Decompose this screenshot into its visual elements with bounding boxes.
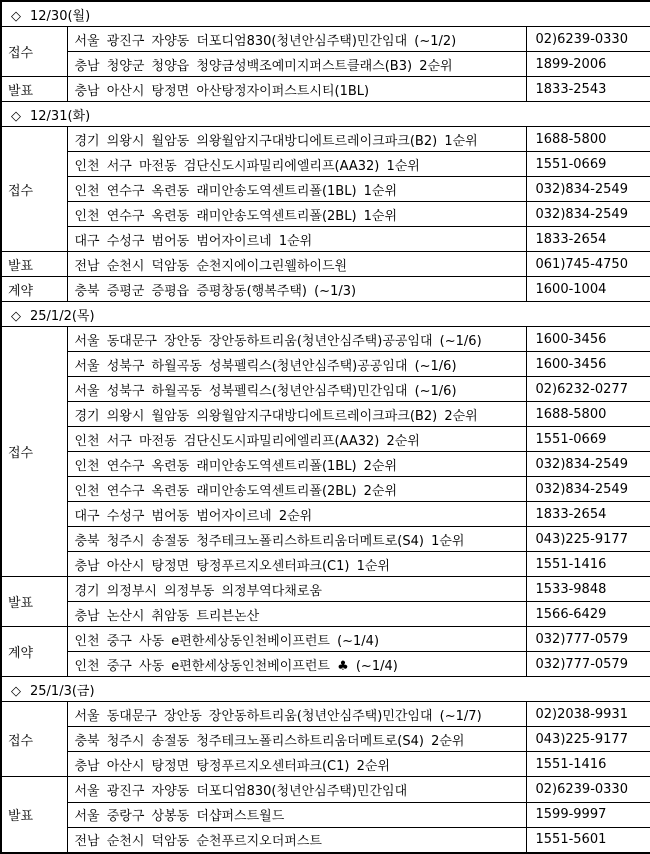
section-header-row: ◇12/30(월) <box>1 1 650 27</box>
table-row: 충남 논산시 취암동 트리븐논산1566-6429 <box>1 602 650 627</box>
category-cell: 발표 <box>1 577 67 627</box>
table-row: 인천 연수구 옥련동 래미안송도역센트리폴(1BL) 2순위032)834-25… <box>1 452 650 477</box>
listing-description: 전남 순천시 덕암동 순천푸르지오더퍼스트 <box>67 827 526 853</box>
listing-description: 서울 동대문구 장안동 장안동하트리움(청년안심주택)민간임대 (~1/7) <box>67 702 526 727</box>
listing-description: 서울 성북구 하월곡동 성북펠릭스(청년안심주택)민간임대 (~1/6) <box>67 377 526 402</box>
table-row: 발표서울 광진구 자양동 더포디엄830(청년안심주택)민간임대02)6239-… <box>1 777 650 802</box>
listing-phone: 1600-3456 <box>526 327 650 352</box>
listing-description: 경기 의왕시 월암동 의왕월암지구대방디에트르레이크파크(B2) 1순위 <box>67 127 526 152</box>
table-row: 접수서울 광진구 자양동 더포디엄830(청년안심주택)민간임대 (~1/2)0… <box>1 27 650 52</box>
listing-phone: 032)777-0579 <box>526 627 650 652</box>
listing-phone: 043)225-9177 <box>526 527 650 552</box>
section-date-label: 25/1/2(목) <box>30 309 95 324</box>
listing-description: 인천 서구 마전동 검단신도시파밀리에엘리프(AA32) 2순위 <box>67 427 526 452</box>
listing-description: 서울 중랑구 상봉동 더샵퍼스트월드 <box>67 802 526 827</box>
listing-description: 인천 연수구 옥련동 래미안송도역센트리폴(1BL) 1순위 <box>67 177 526 202</box>
section-date-cell: ◇25/1/3(금) <box>1 677 650 702</box>
table-row: 인천 연수구 옥련동 래미안송도역센트리폴(2BL) 2순위032)834-25… <box>1 477 650 502</box>
listing-description: 서울 성북구 하월곡동 성북펠릭스(청년안심주택)공공임대 (~1/6) <box>67 352 526 377</box>
listing-description: 충북 청주시 송절동 청주테크노폴리스하트리움더메트로(S4) 1순위 <box>67 527 526 552</box>
table-row: 인천 서구 마전동 검단신도시파밀리에엘리프(AA32) 2순위1551-066… <box>1 427 650 452</box>
listing-description: 서울 광진구 자양동 더포디엄830(청년안심주택)민간임대 (~1/2) <box>67 27 526 52</box>
listing-phone: 1688-5800 <box>526 402 650 427</box>
listing-phone: 1600-3456 <box>526 352 650 377</box>
table-row: 충남 청양군 청양읍 청양금성백조예미지퍼스트클래스(B3) 2순위1899-2… <box>1 52 650 77</box>
listing-phone: 1551-5601 <box>526 827 650 853</box>
listing-description: 인천 연수구 옥련동 래미안송도역센트리폴(1BL) 2순위 <box>67 452 526 477</box>
listing-description: 충남 아산시 탕정면 아산탕정자이퍼스트시티(1BL) <box>67 77 526 102</box>
listing-description: 인천 중구 사동 e편한세상동인천베이프런트 (~1/4) <box>67 627 526 652</box>
listing-description: 서울 광진구 자양동 더포디엄830(청년안심주택)민간임대 <box>67 777 526 802</box>
table-row: 경기 의왕시 월암동 의왕월암지구대방디에트르레이크파크(B2) 2순위1688… <box>1 402 650 427</box>
listing-phone: 1551-0669 <box>526 152 650 177</box>
table-row: 전남 순천시 덕암동 순천푸르지오더퍼스트1551-5601 <box>1 827 650 853</box>
section-header-row: ◇12/31(화) <box>1 102 650 127</box>
listing-phone: 032)834-2549 <box>526 477 650 502</box>
table-row: 대구 수성구 범어동 범어자이르네 2순위1833-2654 <box>1 502 650 527</box>
listing-phone: 043)225-9177 <box>526 727 650 752</box>
listing-phone: 1688-5800 <box>526 127 650 152</box>
section-date-label: 12/31(화) <box>30 109 90 124</box>
listing-phone: 1899-2006 <box>526 52 650 77</box>
listing-phone: 1599-9997 <box>526 802 650 827</box>
listing-phone: 1833-2654 <box>526 502 650 527</box>
table-row: 인천 연수구 옥련동 래미안송도역센트리폴(1BL) 1순위032)834-25… <box>1 177 650 202</box>
listing-phone: 1551-1416 <box>526 552 650 577</box>
listing-description: 인천 중구 사동 e편한세상동인천베이프런트 ♣ (~1/4) <box>67 652 526 677</box>
listing-description: 인천 연수구 옥련동 래미안송도역센트리폴(2BL) 1순위 <box>67 202 526 227</box>
section-header-row: ◇25/1/3(금) <box>1 677 650 702</box>
table-row: 충남 아산시 탕정면 탕정푸르지오센터파크(C1) 2순위1551-1416 <box>1 752 650 777</box>
table-row: 충북 청주시 송절동 청주테크노폴리스하트리움더메트로(S4) 1순위043)2… <box>1 527 650 552</box>
listing-phone: 032)834-2549 <box>526 177 650 202</box>
category-cell: 접수 <box>1 702 67 777</box>
category-cell: 접수 <box>1 27 67 77</box>
listing-phone: 1533-9848 <box>526 577 650 602</box>
listing-description: 충남 논산시 취암동 트리븐논산 <box>67 602 526 627</box>
section-header-row: ◇25/1/2(목) <box>1 302 650 327</box>
table-row: 서울 성북구 하월곡동 성북펠릭스(청년안심주택)공공임대 (~1/6)1600… <box>1 352 650 377</box>
listing-phone: 1600-1004 <box>526 277 650 302</box>
category-cell: 계약 <box>1 627 67 677</box>
listing-phone: 032)834-2549 <box>526 202 650 227</box>
category-cell: 계약 <box>1 277 67 302</box>
listing-phone: 061)745-4750 <box>526 252 650 277</box>
section-date-cell: ◇12/30(월) <box>1 1 650 27</box>
listing-description: 대구 수성구 범어동 범어자이르네 2순위 <box>67 502 526 527</box>
listing-phone: 032)777-0579 <box>526 652 650 677</box>
table-row: 발표전남 순천시 덕암동 순천지에이그린웰하이드원061)745-4750 <box>1 252 650 277</box>
listing-phone: 02)6239-0330 <box>526 27 650 52</box>
listing-phone: 02)6232-0277 <box>526 377 650 402</box>
diamond-icon: ◇ <box>11 309 21 324</box>
table-row: 대구 수성구 범어동 범어자이르네 1순위1833-2654 <box>1 227 650 252</box>
listing-description: 서울 동대문구 장안동 장안동하트리움(청년안심주택)공공임대 (~1/6) <box>67 327 526 352</box>
section-date-label: 25/1/3(금) <box>30 684 95 699</box>
table-row: 발표경기 의정부시 의정부동 의정부역다채로움1533-9848 <box>1 577 650 602</box>
subscription-schedule-table: ◇12/30(월)접수서울 광진구 자양동 더포디엄830(청년안심주택)민간임… <box>0 0 650 854</box>
table-row: 충북 청주시 송절동 청주테크노폴리스하트리움더메트로(S4) 2순위043)2… <box>1 727 650 752</box>
listing-description: 경기 의왕시 월암동 의왕월암지구대방디에트르레이크파크(B2) 2순위 <box>67 402 526 427</box>
diamond-icon: ◇ <box>11 109 21 124</box>
listing-phone: 1551-1416 <box>526 752 650 777</box>
listing-phone: 1833-2543 <box>526 77 650 102</box>
table-row: 충남 아산시 탕정면 탕정푸르지오센터파크(C1) 1순위1551-1416 <box>1 552 650 577</box>
listing-description: 충남 아산시 탕정면 탕정푸르지오센터파크(C1) 2순위 <box>67 752 526 777</box>
category-cell: 발표 <box>1 777 67 853</box>
table-row: 서울 성북구 하월곡동 성북펠릭스(청년안심주택)민간임대 (~1/6)02)6… <box>1 377 650 402</box>
listing-phone: 1566-6429 <box>526 602 650 627</box>
table-row: 인천 서구 마전동 검단신도시파밀리에엘리프(AA32) 1순위1551-066… <box>1 152 650 177</box>
listing-description: 충북 청주시 송절동 청주테크노폴리스하트리움더메트로(S4) 2순위 <box>67 727 526 752</box>
table-row: 인천 중구 사동 e편한세상동인천베이프런트 ♣ (~1/4)032)777-0… <box>1 652 650 677</box>
category-cell: 접수 <box>1 127 67 252</box>
listing-description: 대구 수성구 범어동 범어자이르네 1순위 <box>67 227 526 252</box>
section-date-cell: ◇12/31(화) <box>1 102 650 127</box>
listing-phone: 032)834-2549 <box>526 452 650 477</box>
section-date-cell: ◇25/1/2(목) <box>1 302 650 327</box>
listing-phone: 02)2038-9931 <box>526 702 650 727</box>
listing-description: 경기 의정부시 의정부동 의정부역다채로움 <box>67 577 526 602</box>
table-row: 발표충남 아산시 탕정면 아산탕정자이퍼스트시티(1BL)1833-2543 <box>1 77 650 102</box>
table-row: 계약충북 증평군 증평읍 증평창동(행복주택) (~1/3)1600-1004 <box>1 277 650 302</box>
category-cell: 발표 <box>1 252 67 277</box>
listing-phone: 02)6239-0330 <box>526 777 650 802</box>
diamond-icon: ◇ <box>11 684 21 699</box>
category-cell: 발표 <box>1 77 67 102</box>
listing-description: 충북 증평군 증평읍 증평창동(행복주택) (~1/3) <box>67 277 526 302</box>
schedule-table-body: ◇12/30(월)접수서울 광진구 자양동 더포디엄830(청년안심주택)민간임… <box>1 1 650 853</box>
listing-description: 전남 순천시 덕암동 순천지에이그린웰하이드원 <box>67 252 526 277</box>
table-row: 접수서울 동대문구 장안동 장안동하트리움(청년안심주택)민간임대 (~1/7)… <box>1 702 650 727</box>
table-row: 계약인천 중구 사동 e편한세상동인천베이프런트 (~1/4)032)777-0… <box>1 627 650 652</box>
listing-description: 인천 서구 마전동 검단신도시파밀리에엘리프(AA32) 1순위 <box>67 152 526 177</box>
diamond-icon: ◇ <box>11 9 21 24</box>
listing-description: 충남 청양군 청양읍 청양금성백조예미지퍼스트클래스(B3) 2순위 <box>67 52 526 77</box>
section-date-label: 12/30(월) <box>30 9 90 24</box>
table-row: 서울 중랑구 상봉동 더샵퍼스트월드1599-9997 <box>1 802 650 827</box>
table-row: 접수경기 의왕시 월암동 의왕월암지구대방디에트르레이크파크(B2) 1순위16… <box>1 127 650 152</box>
listing-phone: 1551-0669 <box>526 427 650 452</box>
category-cell: 접수 <box>1 327 67 577</box>
listing-phone: 1833-2654 <box>526 227 650 252</box>
listing-description: 충남 아산시 탕정면 탕정푸르지오센터파크(C1) 1순위 <box>67 552 526 577</box>
listing-description: 인천 연수구 옥련동 래미안송도역센트리폴(2BL) 2순위 <box>67 477 526 502</box>
table-row: 인천 연수구 옥련동 래미안송도역센트리폴(2BL) 1순위032)834-25… <box>1 202 650 227</box>
table-row: 접수서울 동대문구 장안동 장안동하트리움(청년안심주택)공공임대 (~1/6)… <box>1 327 650 352</box>
